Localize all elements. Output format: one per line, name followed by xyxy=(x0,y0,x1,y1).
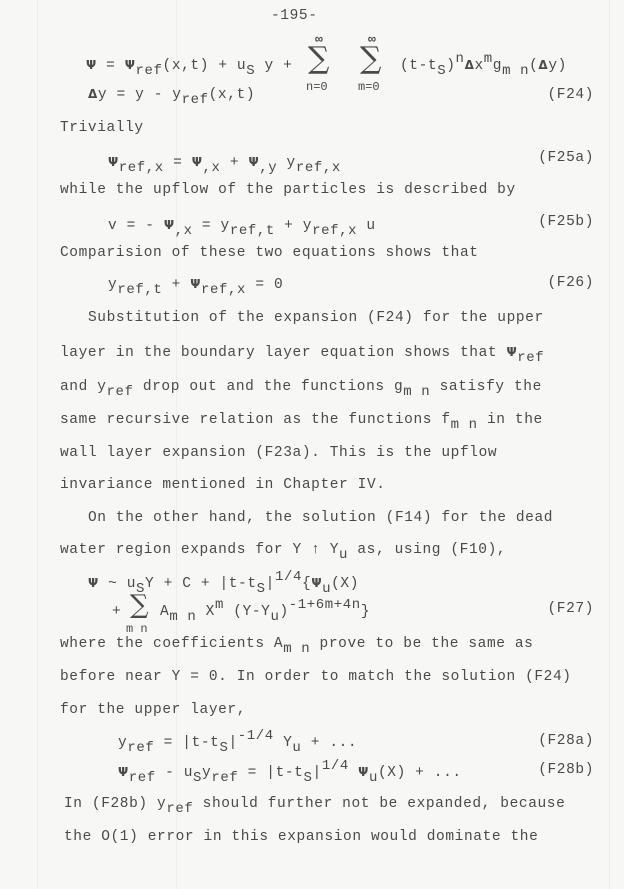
summation-symbol: ∑ xyxy=(360,44,381,74)
page-edge xyxy=(609,0,610,889)
equation-f25a: Ψref,x = Ψ,x + Ψ,y yref,x xyxy=(108,155,341,171)
text-line: the O(1) error in this expansion would d… xyxy=(64,829,538,845)
equation-f27-terms: Am n Xm (Y-Yu)-1+6m+4n} xyxy=(160,604,370,620)
equation-label: (F26) xyxy=(547,275,594,291)
equation-f28b: Ψref - uSyref = |t-tS|1/4 Ψu(X) + ... xyxy=(118,765,462,781)
text-line: Trivially xyxy=(60,120,144,136)
equation-f28a: yref = |t-tS|-1/4 Yu + ... xyxy=(118,735,357,751)
text-line: wall layer expansion (F23a). This is the… xyxy=(60,445,497,461)
equation-label: (F28a) xyxy=(538,733,594,749)
equation-f24-terms: (t-tS)nΔxmgm n(Δy) xyxy=(400,58,567,74)
text-line: invariance mentioned in Chapter IV. xyxy=(60,477,386,493)
text-line: while the upflow of the particles is des… xyxy=(60,182,516,198)
equation-label: (F25b) xyxy=(538,214,594,230)
equation-label: (F24) xyxy=(547,87,594,103)
text-line: layer in the boundary layer equation sho… xyxy=(60,345,544,361)
text-line: On the other hand, the solution (F14) fo… xyxy=(88,510,553,526)
equation-f24-line2: Δy = y - yref(x,t) xyxy=(88,87,255,103)
equation-f27-line2: + xyxy=(112,604,121,620)
page-edge xyxy=(37,0,38,889)
text-line: Substitution of the expansion (F24) for … xyxy=(88,310,544,326)
equation-label: (F25a) xyxy=(538,150,594,166)
text-line: In (F28b) yref should further not be exp… xyxy=(64,796,565,812)
sum-lower-limit: n=0 xyxy=(306,80,328,94)
equation-label: (F27) xyxy=(547,601,594,617)
text-line: before near Y = 0. In order to match the… xyxy=(60,669,572,685)
text-line: where the coefficients Am n prove to be … xyxy=(60,636,533,652)
text-line: and yref drop out and the functions gm n… xyxy=(60,379,542,395)
text-line: Comparision of these two equations shows… xyxy=(60,245,479,261)
summation-symbol: ∑ xyxy=(130,592,149,618)
summation-symbol: ∑ xyxy=(308,44,329,74)
sum-lower-limit: m=0 xyxy=(358,80,380,94)
equation-f27-line1: Ψ ~ uSY + C + |t-tS|1/4{Ψu(X) xyxy=(88,576,359,592)
sum-lower-limit: m n xyxy=(126,622,148,636)
equation-f25b: v = - Ψ,x = yref,t + yref,x u xyxy=(108,218,376,234)
equation-label: (F28b) xyxy=(538,762,594,778)
text-line: for the upper layer, xyxy=(60,702,246,718)
text-line: water region expands for Y ↑ Yu as, usin… xyxy=(60,542,506,558)
psi-symbol: Ψ xyxy=(86,58,97,72)
equation-f26: yref,t + Ψref,x = 0 xyxy=(108,277,283,293)
text-line: same recursive relation as the functions… xyxy=(60,412,543,428)
page-number: -195- xyxy=(271,8,318,24)
equation-f24-line1: Ψ = Ψref(x,t) + uS y + xyxy=(86,58,292,74)
